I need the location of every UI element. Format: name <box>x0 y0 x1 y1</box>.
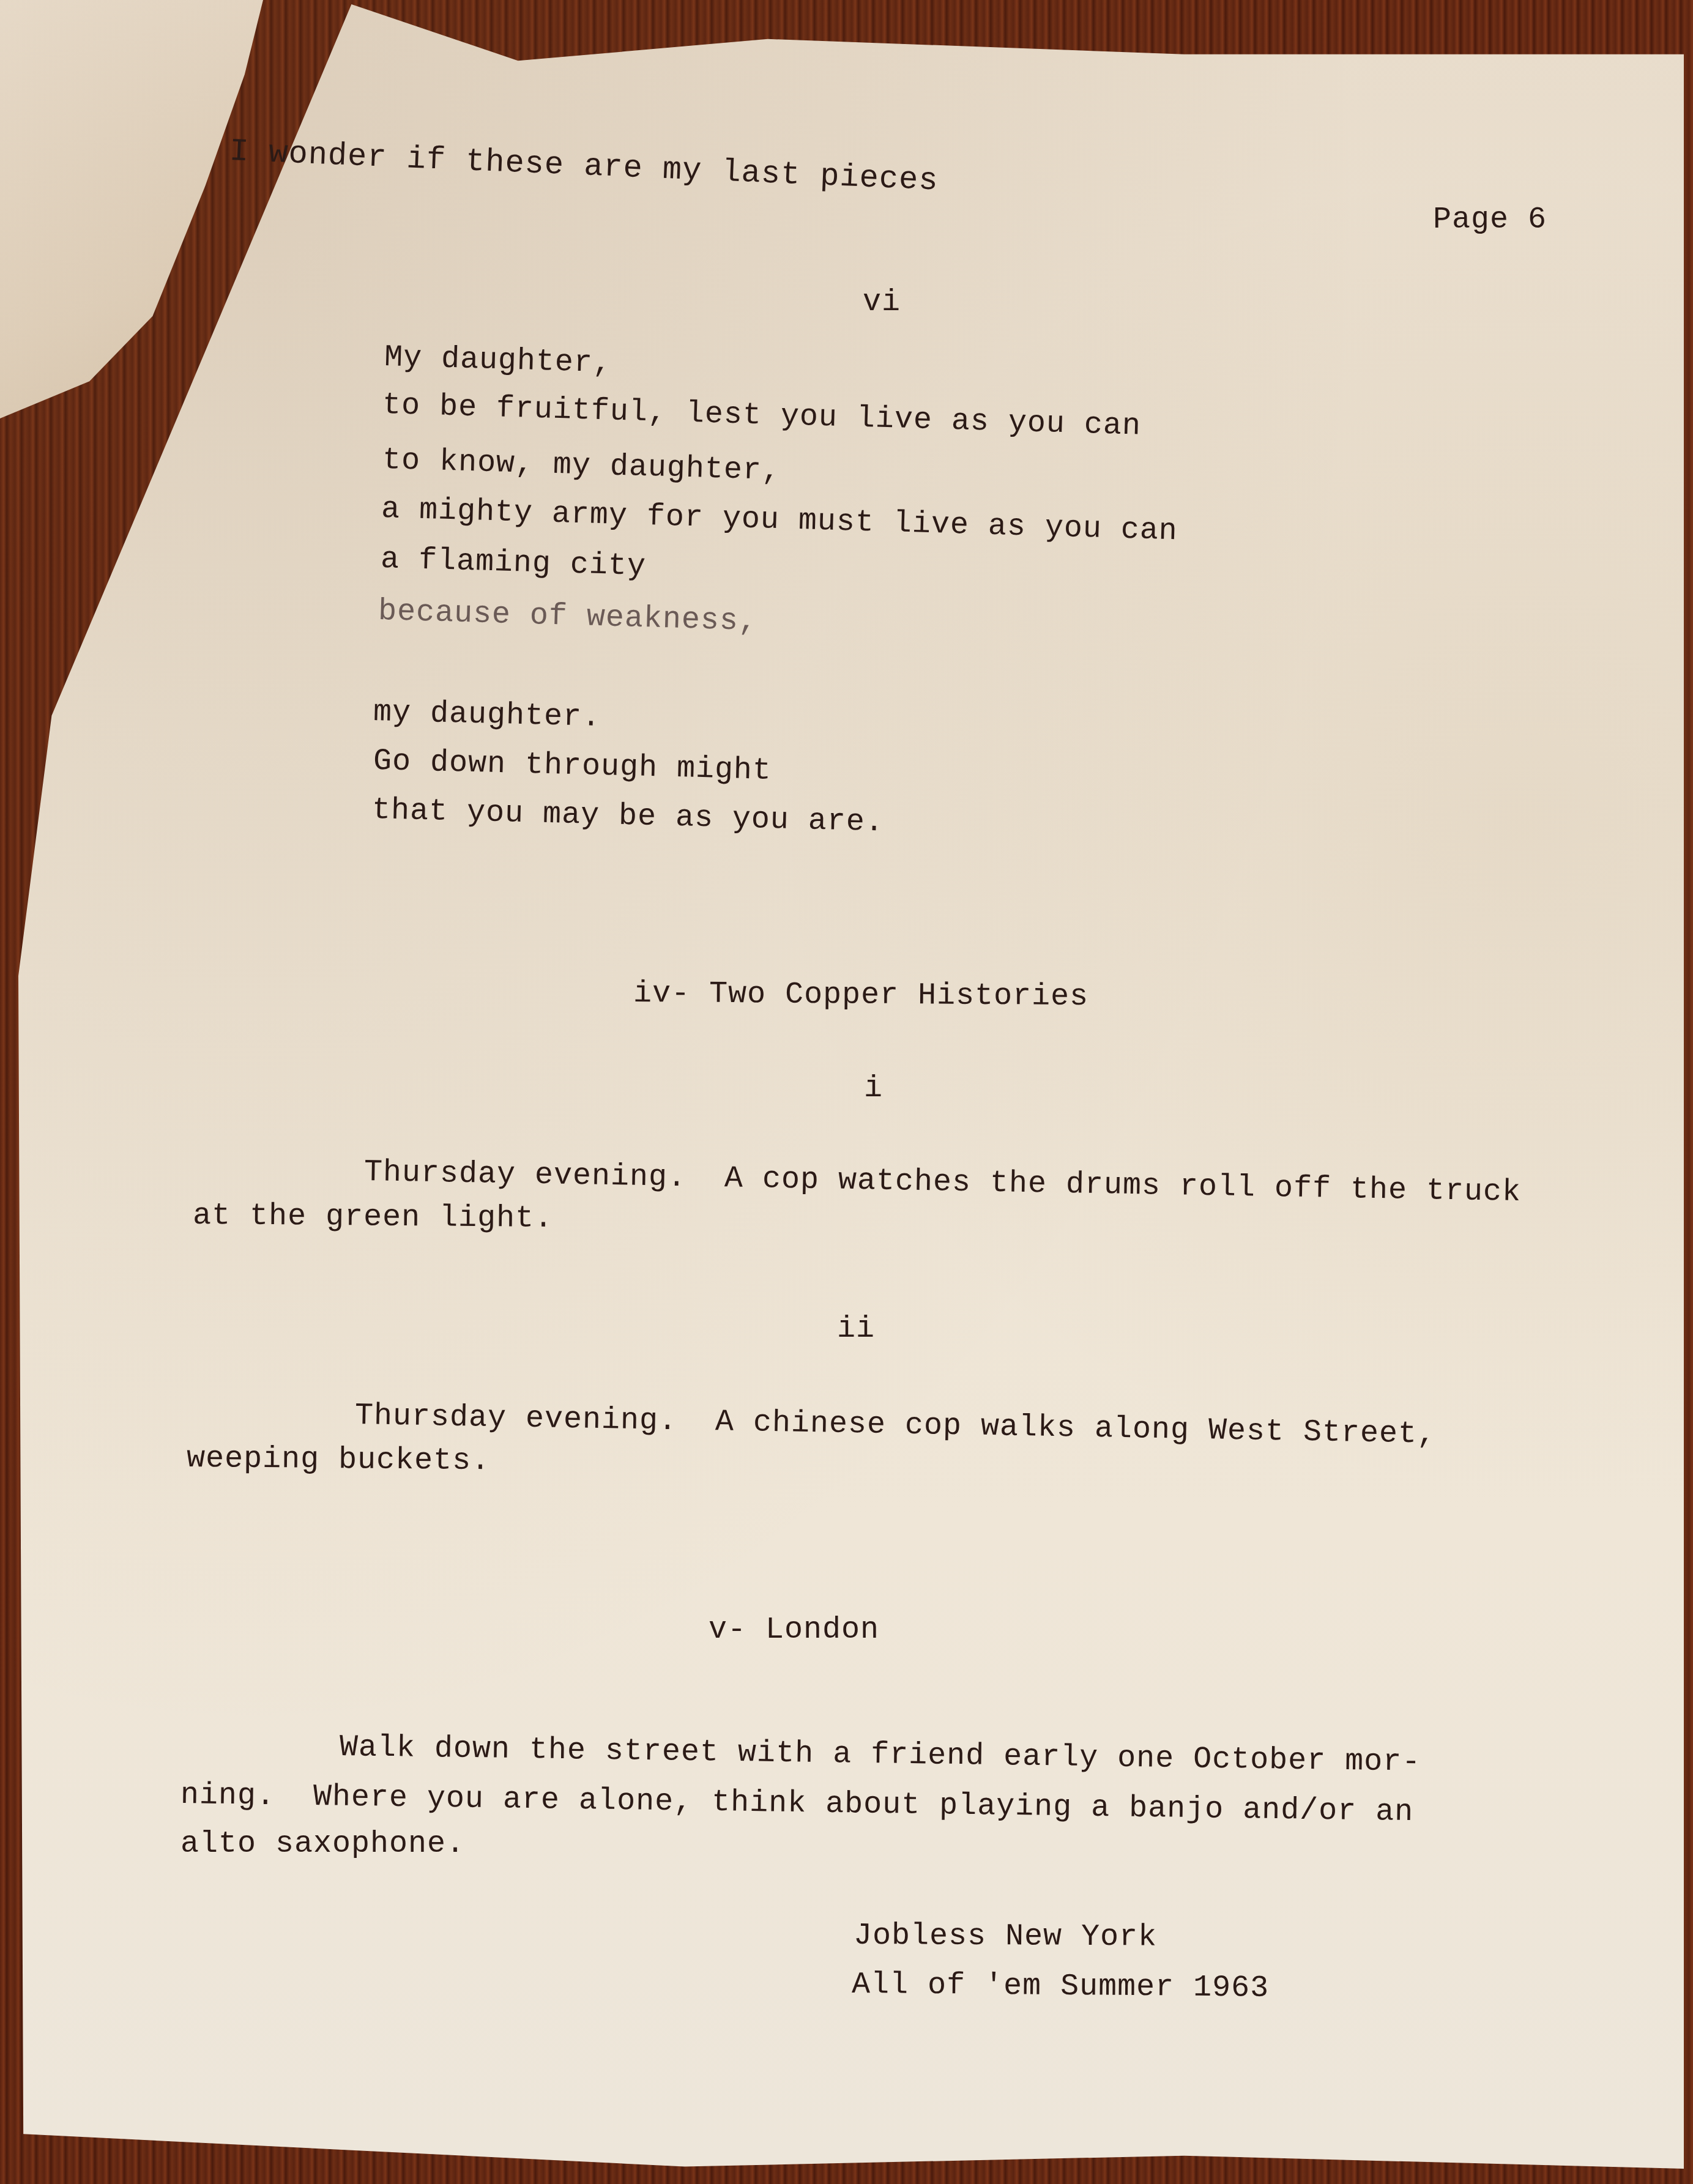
signature-date: All of 'em Summer 1963 <box>852 1970 1270 2004</box>
section-heading-london: v- London <box>709 1615 879 1646</box>
section-heading-two-copper-histories: iv- Two Copper Histories <box>633 979 1088 1012</box>
prose-line: alto saxophone. <box>180 1829 465 1860</box>
page-number: Page 6 <box>1433 205 1547 236</box>
signature-place: Jobless New York <box>854 1921 1157 1953</box>
poem-line: My daughter, <box>384 343 612 379</box>
section-numeral-vi: vi <box>863 288 901 318</box>
section-numeral-i: i <box>864 1074 883 1104</box>
section-numeral-ii: ii <box>837 1314 875 1345</box>
prose-line: weeping buckets. <box>187 1444 490 1477</box>
poem-line: my daughter. <box>373 697 601 734</box>
poem-line: a flaming city <box>380 544 646 582</box>
prose-line: at the green light. <box>193 1201 554 1235</box>
